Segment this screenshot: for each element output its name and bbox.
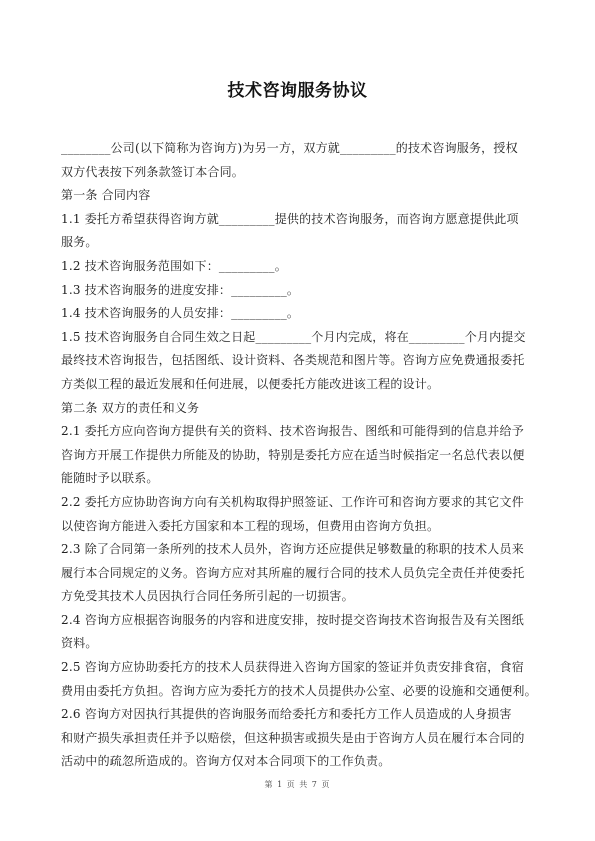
page-indicator: 第 1 页 共 7 页 (0, 779, 595, 790)
clause-1-4: 1.4 技术咨询服务的人员安排：_________。 (61, 302, 537, 326)
clause-2-3-cont-2: 方免受其技术人员因执行合同任务所引起的一切损害。 (61, 585, 537, 609)
clause-1-5: 1.5 技术咨询服务自合同生效之日起_________个月内完成，将在_____… (61, 326, 537, 350)
clause-2-5: 2.5 咨询方应协助委托方的技术人员获得进入咨询方国家的签证并负责安排食宿，食宿 (61, 656, 537, 680)
clause-2-6: 2.6 咨询方对因执行其提供的咨询服务而给委托方和委托方工作人员造成的人身损害 (61, 703, 537, 727)
preamble-line-1: ________公司(以下简称为咨询方)为另一方，双方就_________的技术… (61, 137, 537, 161)
clause-1-5-cont-1: 最终技术咨询报告，包括图纸、设计资料、各类规范和图片等。咨询方应免费通报委托 (61, 349, 537, 373)
clause-2-1-cont-2: 能随时予以联系。 (61, 467, 537, 491)
article-2-heading: 第二条 双方的责任和义务 (61, 397, 537, 421)
clause-2-5-cont: 费用由委托方负担。咨询方应为委托方的技术人员提供办公室、必要的设施和交通便利。 (61, 680, 537, 704)
clause-1-1: 1.1 委托方希望获得咨询方就_________提供的技术咨询服务，而咨询方愿意… (61, 208, 537, 232)
clause-2-6-cont-1: 和财产损失承担责任并予以赔偿，但这种损害或损失是由于咨询方人员在履行本合同的 (61, 727, 537, 751)
document-title: 技术咨询服务协议 (0, 76, 595, 101)
clause-2-4: 2.4 咨询方应根据咨询服务的内容和进度安排，按时提交咨询技术咨询报告及有关图纸 (61, 609, 537, 633)
clause-2-3: 2.3 除了合同第一条所列的技术人员外，咨询方还应提供足够数量的称职的技术人员来 (61, 538, 537, 562)
document-body: ________公司(以下简称为咨询方)为另一方，双方就_________的技术… (61, 137, 537, 774)
clause-1-1-cont: 服务。 (61, 231, 537, 255)
clause-1-5-cont-2: 方类似工程的最近发展和任何进展，以便委托方能改进该工程的设计。 (61, 373, 537, 397)
clause-2-3-cont-1: 履行本合同规定的义务。咨询方应对其所雇的履行合同的技术人员负完全责任并使委托 (61, 562, 537, 586)
clause-2-1-cont-1: 咨询方开展工作提供力所能及的协助，特别是委托方应在适当时候指定一名总代表以便 (61, 444, 537, 468)
clause-2-2-cont: 以使咨询方能进入委托方国家和本工程的现场，但费用由咨询方负担。 (61, 515, 537, 539)
clause-2-2: 2.2 委托方应协助咨询方向有关机构取得护照签证、工作许可和咨询方要求的其它文件 (61, 491, 537, 515)
clause-1-3: 1.3 技术咨询服务的进度安排：_________。 (61, 279, 537, 303)
clause-2-4-cont: 资料。 (61, 632, 537, 656)
preamble-line-2: 双方代表按下列条款签订本合同。 (61, 161, 537, 185)
clause-2-1: 2.1 委托方应向咨询方提供有关的资料、技术咨询报告、图纸和可能得到的信息并给予 (61, 420, 537, 444)
article-1-heading: 第一条 合同内容 (61, 184, 537, 208)
clause-2-6-cont-2: 活动中的疏忽所造成的。咨询方仅对本合同项下的工作负责。 (61, 750, 537, 774)
clause-1-2: 1.2 技术咨询服务范围如下：_________。 (61, 255, 537, 279)
